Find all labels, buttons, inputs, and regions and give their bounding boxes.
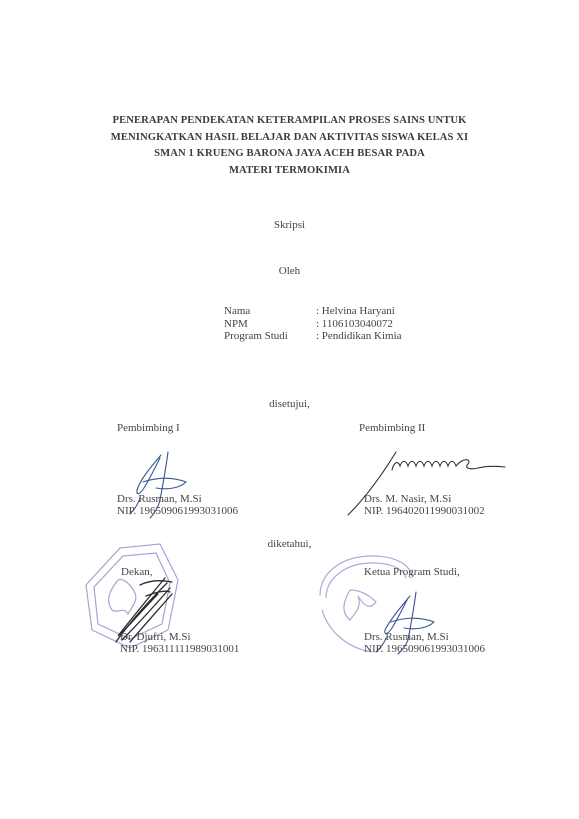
program-head-nip: NIP. 196509061993031006 (364, 643, 485, 656)
program-head-name: Drs. Rusman, M.Si (364, 631, 449, 644)
signature-icon (0, 0, 579, 819)
